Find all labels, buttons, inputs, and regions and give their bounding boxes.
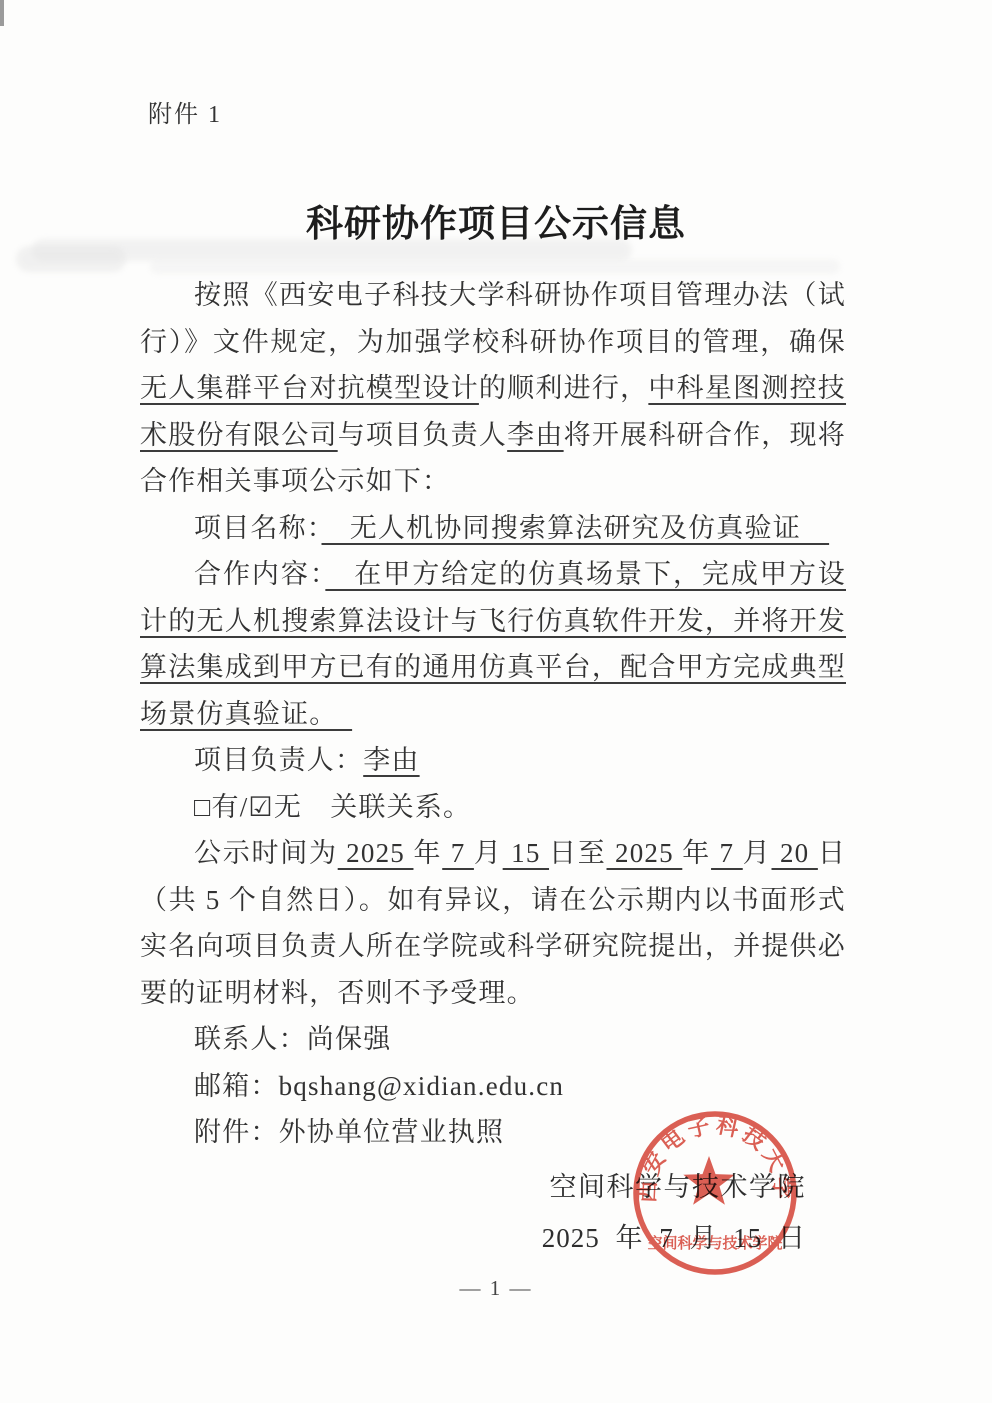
underlined-text-segment: 无人机协同搜索算法研究及仿真验证 bbox=[322, 513, 830, 543]
text-segment: 附件：外协单位营业执照 bbox=[194, 1117, 504, 1147]
text-segment: 公示时间为 bbox=[194, 838, 338, 868]
document-page: 附件 1 科研协作项目公示信息 按照《西安电子科技大学科研协作项目管理办法（试行… bbox=[0, 0, 992, 1403]
page-number: — 1 — bbox=[0, 1276, 992, 1301]
text-segment: 按照《西安电子科技大学科研协作项目管理办法（试行）》文件规定，为加强学校科研协作… bbox=[140, 280, 846, 357]
attachment-label: 附件 1 bbox=[148, 94, 222, 129]
seal-star-icon bbox=[683, 1156, 734, 1205]
underlined-text-segment: 2025 bbox=[338, 838, 414, 868]
line-project-name: 项目名称： 无人机协同搜索算法研究及仿真验证 bbox=[140, 505, 846, 552]
underlined-text-segment: 无人集群平台对抗模型设计 bbox=[140, 373, 479, 403]
text-segment: 月 bbox=[474, 838, 503, 868]
text-segment: 项目负责人： bbox=[194, 745, 363, 775]
paragraph-intro: 按照《西安电子科技大学科研协作项目管理办法（试行）》文件规定，为加强学校科研协作… bbox=[140, 272, 846, 505]
seal-bottom-text: 空间科学与技术学院 bbox=[647, 1234, 782, 1252]
scan-smudge bbox=[16, 246, 126, 272]
paragraph-notice-time: 公示时间为 2025 年 7 月 15 日至 2025 年 7 月 20 日（共… bbox=[140, 830, 846, 1016]
underlined-text-segment: 7 bbox=[711, 838, 743, 868]
line-project-leader: 项目负责人：李由 bbox=[140, 737, 846, 784]
text-segment: 与项目负责人 bbox=[338, 420, 507, 450]
text-segment: 月 bbox=[743, 838, 772, 868]
official-seal-stamp: 西安电子科技大学 空间科学与技术学院 bbox=[629, 1107, 801, 1279]
line-relation-checkbox: □有/☑无 关联关系。 bbox=[140, 784, 846, 831]
text-segment: □有/☑无 关联关系。 bbox=[194, 792, 471, 822]
underlined-text-segment: 李由 bbox=[507, 420, 563, 450]
paragraph-cooperation: 合作内容： 在甲方给定的仿真场景下，完成甲方设计的无人机搜索算法设计与飞行仿真软… bbox=[140, 551, 846, 737]
underlined-text-segment: 20 bbox=[771, 838, 817, 868]
text-segment: 日至 bbox=[549, 838, 606, 868]
text-segment: 联系人：尚保强 bbox=[194, 1024, 391, 1054]
underlined-text-segment: 李由 bbox=[363, 745, 419, 775]
line-contact-person: 联系人：尚保强 bbox=[140, 1016, 846, 1063]
text-segment: 的顺利进行， bbox=[479, 373, 648, 403]
text-segment: 合作内容： bbox=[194, 559, 325, 589]
text-segment: 年 bbox=[413, 838, 442, 868]
document-body: 按照《西安电子科技大学科研协作项目管理办法（试行）》文件规定，为加强学校科研协作… bbox=[140, 272, 846, 1156]
underlined-text-segment: 2025 bbox=[607, 838, 683, 868]
text-segment: 年 bbox=[682, 838, 711, 868]
text-segment: 项目名称： bbox=[194, 513, 322, 543]
scan-edge-artifact bbox=[0, 0, 4, 26]
line-email: 邮箱：bqshang@xidian.edu.cn bbox=[140, 1063, 846, 1110]
underlined-text-segment: 7 bbox=[442, 838, 474, 868]
underlined-text-segment: 15 bbox=[503, 838, 549, 868]
document-title: 科研协作项目公示信息 bbox=[0, 193, 992, 247]
text-segment: 邮箱：bqshang@xidian.edu.cn bbox=[194, 1071, 564, 1101]
